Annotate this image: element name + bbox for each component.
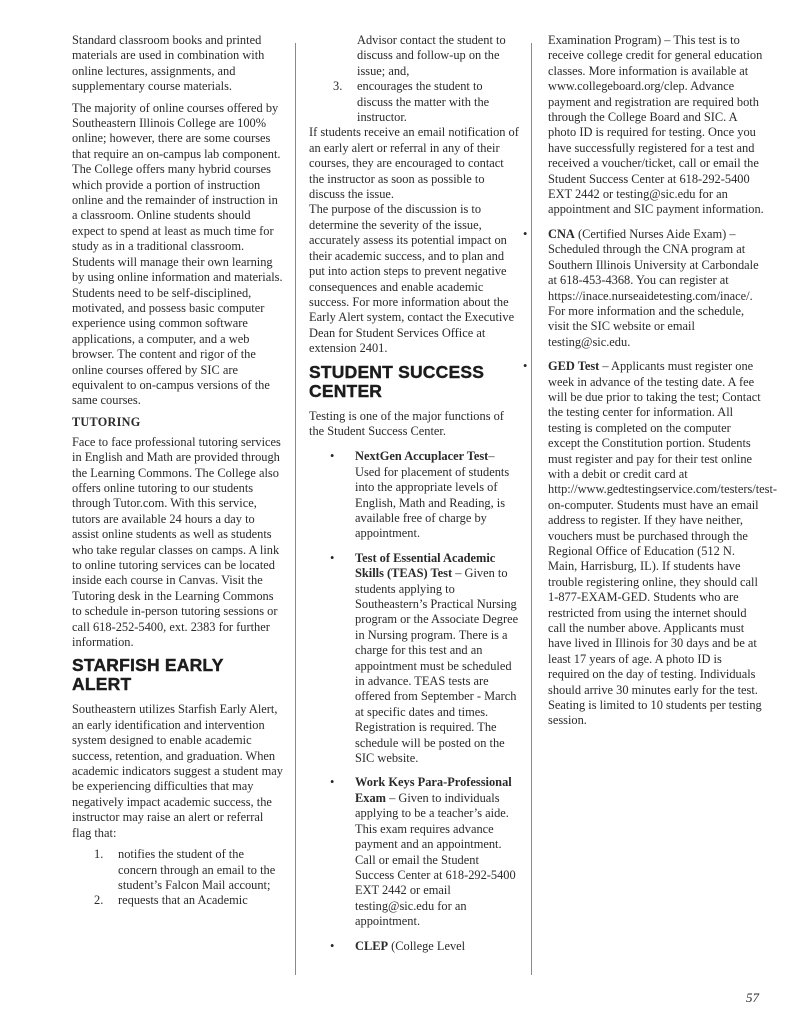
list-item: 3. encourages the student to discuss the… [309, 79, 521, 125]
testing-list-continued: • CNA (Certified Nurses Aide Exam) – Sch… [502, 227, 764, 729]
bullet-icon: • [330, 449, 334, 464]
student-success-center-heading: STUDENT SUCCESS CENTER [309, 363, 521, 401]
alert-actions-list-continued: Advisor contact the student to discuss a… [309, 33, 521, 125]
list-item: 1. notifies the student of the concern t… [72, 847, 284, 893]
column-2: Advisor contact the student to discuss a… [309, 33, 521, 963]
online-courses-paragraph: The majority of online courses offered b… [72, 101, 284, 409]
test-title: CLEP [355, 939, 388, 953]
list-item-workkeys: • Work Keys Para-Professional Exam – Giv… [309, 775, 521, 929]
list-text: Advisor contact the student to discuss a… [357, 33, 506, 78]
bullet-icon: • [330, 551, 334, 566]
bullet-icon: • [330, 775, 334, 790]
test-description: (College Level [388, 939, 465, 953]
bullet-icon: • [523, 359, 527, 374]
email-notification-paragraph: If students receive an email notificatio… [309, 125, 521, 202]
test-description: (Certified Nurses Aide Exam) – Scheduled… [548, 227, 759, 349]
list-item-teas: • Test of Essential Academic Skills (TEA… [309, 551, 521, 767]
test-title: NextGen Accuplacer Test [355, 449, 488, 463]
list-number: 2. [94, 893, 103, 908]
starfish-paragraph: Southeastern utilizes Starfish Early Ale… [72, 702, 284, 841]
discussion-purpose-paragraph: The purpose of the discussion is to dete… [309, 202, 521, 356]
list-number: 1. [94, 847, 103, 862]
bullet-icon: • [330, 939, 334, 954]
list-text: notifies the student of the concern thro… [118, 847, 275, 892]
list-item: 2. requests that an Academic [72, 893, 284, 908]
test-title: CNA [548, 227, 575, 241]
test-description: – Given to students applying to Southeas… [355, 566, 518, 765]
tutoring-paragraph: Face to face professional tutoring servi… [72, 435, 284, 651]
list-item-clep: • CLEP (College Level [309, 939, 521, 954]
list-text: encourages the student to discuss the ma… [357, 79, 489, 124]
clep-continued: Examination Program) – This test is to r… [548, 33, 764, 218]
testing-list: • NextGen Accuplacer Test– Used for plac… [309, 449, 521, 954]
list-item-ged: • GED Test – Applicants must register on… [502, 359, 764, 729]
list-number: 3. [333, 79, 342, 94]
online-courses-intro: Standard classroom books and printed mat… [72, 33, 284, 95]
column-1: Standard classroom books and printed mat… [72, 33, 284, 909]
list-item-accuplacer: • NextGen Accuplacer Test– Used for plac… [309, 449, 521, 541]
bullet-icon: • [523, 227, 527, 242]
clep-description: Examination Program) – This test is to r… [548, 33, 764, 218]
list-item: Advisor contact the student to discuss a… [309, 33, 521, 79]
alert-actions-list: 1. notifies the student of the concern t… [72, 847, 284, 909]
page-number: 57 [746, 990, 759, 1006]
test-title: GED Test [548, 359, 599, 373]
testing-intro: Testing is one of the major functions of… [309, 409, 521, 440]
test-description: – Given to individuals applying to be a … [355, 791, 516, 928]
test-description: – Applicants must register one week in a… [548, 359, 777, 727]
list-text: requests that an Academic [118, 893, 248, 907]
column-3: Examination Program) – This test is to r… [548, 33, 764, 738]
column-divider [295, 43, 296, 975]
starfish-heading: STARFISH EARLY ALERT [72, 656, 284, 694]
tutoring-heading: TUTORING [72, 415, 284, 430]
list-item-cna: • CNA (Certified Nurses Aide Exam) – Sch… [502, 227, 764, 350]
